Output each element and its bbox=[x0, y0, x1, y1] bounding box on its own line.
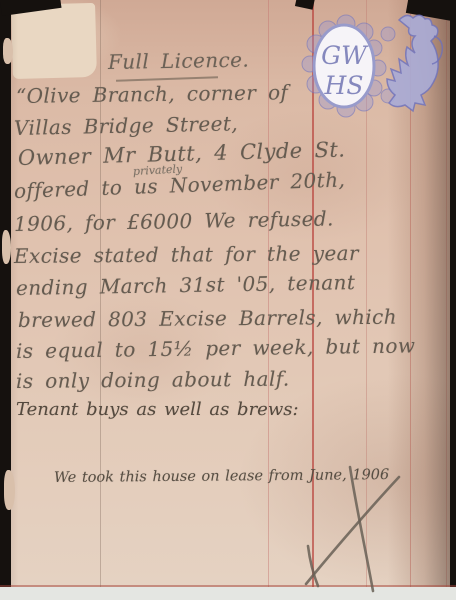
entry-line: brewed 803 Excise Barrels, which bbox=[18, 305, 397, 332]
entry-line: is only doing about half. bbox=[16, 367, 290, 393]
scan-edge-left bbox=[0, 0, 11, 600]
gwhs-society-watermark: GW HS bbox=[296, 4, 446, 126]
torn-paper-bit bbox=[4, 470, 15, 510]
ledger-rule-line bbox=[446, 0, 447, 587]
torn-paper-bit bbox=[2, 230, 11, 264]
scan-bottom-strip bbox=[0, 587, 456, 600]
watermark-lion-icon bbox=[387, 15, 442, 111]
lease-note: We took this house on lease from June, 1… bbox=[54, 467, 389, 486]
scan-edge-right bbox=[450, 0, 456, 600]
entry-line: Tenant buys as well as brews: bbox=[16, 399, 299, 420]
watermark-initials-top: GW bbox=[321, 41, 369, 70]
torn-paper-patch bbox=[11, 3, 97, 79]
entry-line: Excise stated that for the year bbox=[14, 241, 359, 268]
torn-paper-bit bbox=[3, 38, 13, 64]
entry-line: “Olive Branch, corner of bbox=[16, 80, 289, 108]
scanned-ledger-page: Full Licence. “Olive Branch, corner of V… bbox=[0, 0, 456, 600]
entry-heading: Full Licence. bbox=[108, 48, 250, 74]
entry-line: Villas Bridge Street, bbox=[14, 111, 239, 140]
watermark-initials-bottom: HS bbox=[324, 71, 364, 100]
